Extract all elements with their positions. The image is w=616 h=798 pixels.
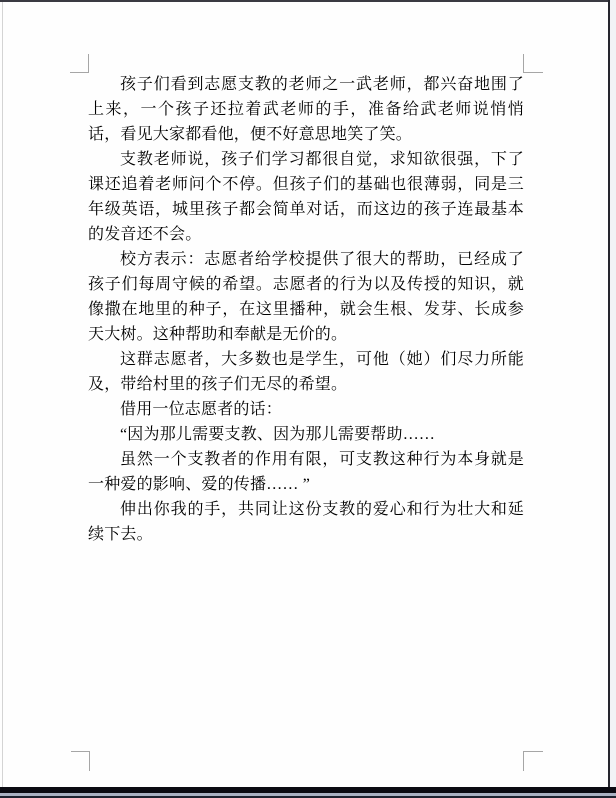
- document-window: 孩子们看到志愿支教的老师之一武老师，都兴奋地围了上来，一个孩子还拉着武老师的手，…: [0, 0, 616, 798]
- margin-mark-top-left-icon: [70, 54, 89, 73]
- document-body-text[interactable]: 孩子们看到志愿支教的老师之一武老师，都兴奋地围了上来，一个孩子还拉着武老师的手，…: [88, 72, 524, 547]
- margin-mark-bottom-right-icon: [523, 751, 543, 771]
- margin-mark-top-right-icon: [523, 54, 543, 73]
- paragraph: 虽然一个支教者的作用有限，可支教这种行为本身就是一种爱的影响、爱的传播…… ”: [88, 447, 524, 497]
- paragraph: “因为那儿需要支教、因为那儿需要帮助……: [88, 422, 524, 447]
- paragraph: 借用一位志愿者的话：: [88, 397, 524, 422]
- window-bottom-border: [0, 787, 616, 798]
- paragraph: 孩子们看到志愿支教的老师之一武老师，都兴奋地围了上来，一个孩子还拉着武老师的手，…: [88, 72, 524, 147]
- window-right-gutter: [610, 0, 616, 787]
- paragraph: 伸出你我的手，共同让这份支教的爱心和行为壮大和延续下去。: [88, 497, 524, 547]
- margin-mark-bottom-left-icon: [71, 751, 90, 771]
- paragraph: 校方表示：志愿者给学校提供了很大的帮助，已经成了孩子们每周守候的希望。志愿者的行…: [88, 247, 524, 347]
- window-border-top: [0, 0, 616, 2]
- window-border-right: [608, 0, 610, 787]
- paragraph: 支教老师说，孩子们学习都很自觉，求知欲很强，下了课还追着老师问个不停。但孩子们的…: [88, 147, 524, 247]
- window-border-left: [2, 2, 3, 787]
- paragraph: 这群志愿者，大多数也是学生，可他（她）们尽力所能及，带给村里的孩子们无尽的希望。: [88, 347, 524, 397]
